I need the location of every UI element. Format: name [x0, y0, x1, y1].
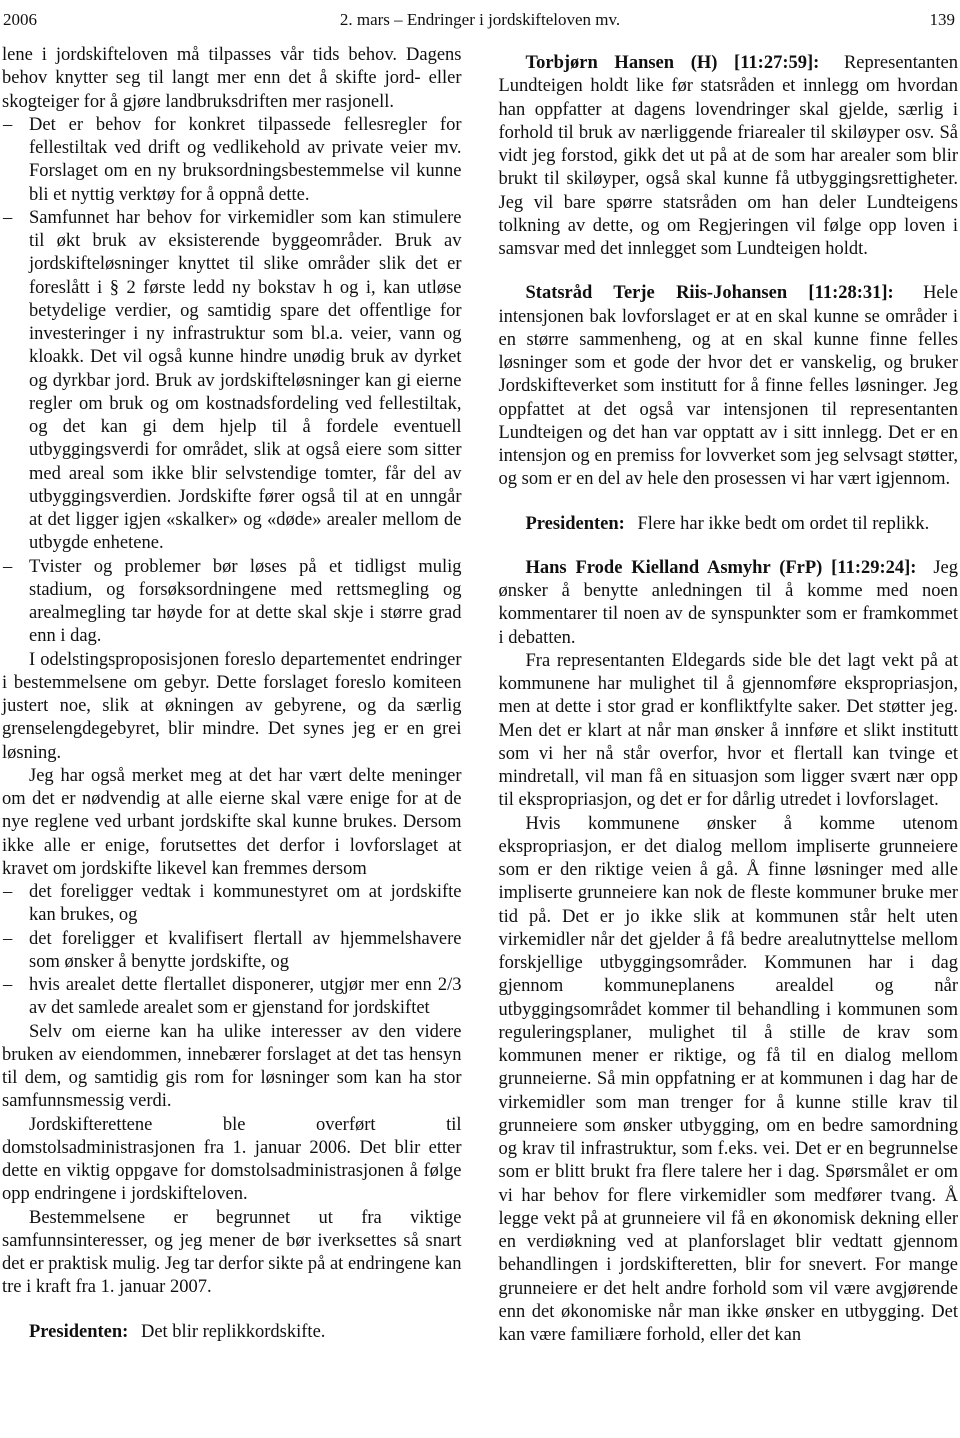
speech-paragraph: Hans Frode Kielland Asmyhr (FrP) [11:29:… [499, 557, 959, 650]
text-columns: lene i jordskifteloven må tilpasses vår … [2, 44, 958, 1347]
text-column-right: Torbjørn Hansen (H) [11:27:59]: Represen… [499, 44, 959, 1347]
speech-paragraph: Torbjørn Hansen (H) [11:27:59]: Represen… [499, 52, 959, 261]
speaker-name: Hans Frode Kielland Asmyhr (FrP) [11:29:… [526, 558, 925, 578]
list-dash: – [3, 556, 12, 579]
paragraph-text: Hele intensjonen bak lovforslaget er at … [499, 283, 959, 489]
paragraph-text: I odelstingsproposisjonen foreslo depart… [2, 650, 462, 763]
speaker-name: Torbjørn Hansen (H) [11:27:59]: [526, 53, 828, 73]
paragraph-text: Hvis kommunene ønsker å komme utenom eks… [499, 814, 959, 1346]
paragraph-text: Jordskifterettene ble overført til domst… [2, 1115, 462, 1205]
paragraph: lene i jordskifteloven må tilpasses vår … [2, 44, 462, 114]
paragraph-text: Det blir replikkordskifte. [141, 1322, 325, 1342]
header-title: 2. mars – Endringer i jordskifteloven mv… [0, 9, 960, 30]
header-page-number: 139 [930, 9, 956, 30]
document-page: 2006 2. mars – Endringer i jordskiftelov… [0, 0, 960, 1438]
speaker-name: Statsråd Terje Riis-Johansen [11:28:31]: [526, 283, 902, 303]
list-item-text: Samfunnet har behov for virkemidler som … [29, 208, 462, 554]
list-dash: – [3, 207, 12, 230]
paragraph-text: lene i jordskifteloven må tilpasses vår … [2, 45, 462, 112]
list-dash: – [3, 114, 12, 137]
speaker-name: Presidenten: [29, 1322, 136, 1342]
list-item: –det foreligger vedtak i kommunestyret o… [2, 881, 462, 928]
text-column-left: lene i jordskifteloven må tilpasses vår … [2, 44, 462, 1347]
list-item: –hvis arealet dette flertallet disponere… [2, 974, 462, 1021]
speech-paragraph: Presidenten: Flere har ikke bedt om orde… [499, 513, 959, 536]
paragraph: Fra representanten Eldegards side ble de… [499, 650, 959, 813]
paragraph-text: Selv om eierne kan ha ulike interesser a… [2, 1022, 462, 1112]
paragraph: I odelstingsproposisjonen foreslo depart… [2, 649, 462, 765]
paragraph-text: Flere har ikke bedt om ordet til replikk… [637, 514, 929, 534]
speech-paragraph: Statsråd Terje Riis-Johansen [11:28:31]:… [499, 282, 959, 491]
paragraph-text: Fra representanten Eldegards side ble de… [499, 651, 959, 811]
paragraph-text: Representanten Lundteigen holdt like før… [499, 53, 959, 259]
list-dash: – [3, 881, 12, 904]
paragraph: Bestemmelsene er begrunnet ut fra viktig… [2, 1207, 462, 1300]
list-item-text: det foreligger et kvalifisert flertall a… [29, 929, 462, 972]
list-item: –det foreligger et kvalifisert flertall … [2, 928, 462, 975]
list-item: –Det er behov for konkret tilpassede fel… [2, 114, 462, 207]
list-item: –Samfunnet har behov for virkemidler som… [2, 207, 462, 556]
paragraph: Jordskifterettene ble overført til domst… [2, 1114, 462, 1207]
paragraph: Jeg har også merket meg at det har vært … [2, 765, 462, 881]
speaker-name: Presidenten: [526, 514, 633, 534]
paragraph: Hvis kommunene ønsker å komme utenom eks… [499, 813, 959, 1348]
list-item: –Tvister og problemer bør løses på et ti… [2, 556, 462, 649]
list-item-text: hvis arealet dette flertallet disponerer… [29, 975, 462, 1018]
list-dash: – [3, 974, 12, 997]
speech-paragraph: Presidenten: Det blir replikkordskifte. [2, 1321, 462, 1344]
list-item-text: Det er behov for konkret tilpassede fell… [29, 115, 462, 205]
paragraph: Selv om eierne kan ha ulike interesser a… [2, 1021, 462, 1114]
list-item-text: det foreligger vedtak i kommunestyret om… [29, 882, 462, 925]
page-header: 2006 2. mars – Endringer i jordskiftelov… [0, 9, 960, 33]
paragraph-text: Bestemmelsene er begrunnet ut fra viktig… [2, 1208, 462, 1298]
list-dash: – [3, 928, 12, 951]
list-item-text: Tvister og problemer bør løses på et tid… [29, 557, 462, 647]
paragraph-text: Jeg har også merket meg at det har vært … [2, 766, 462, 879]
